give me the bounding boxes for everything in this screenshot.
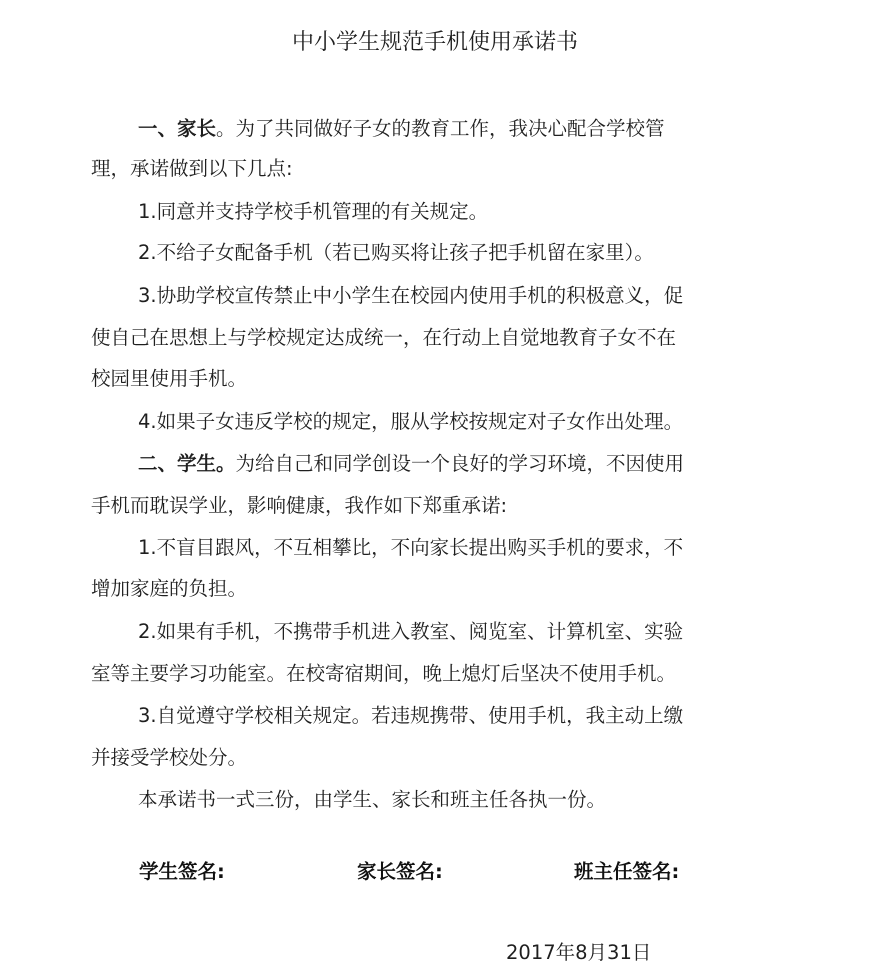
student-section-heading: 二、学生。 <box>138 452 236 475</box>
closing-statement: 本承诺书一式三份，由学生、家长和班主任各执一份。 <box>138 786 870 814</box>
parent-intro-text: 。为了共同做好子女的教育工作，我决心配合学校管 <box>216 117 665 140</box>
parent-item-1: 1.同意并支持学校手机管理的有关规定。 <box>138 198 870 226</box>
document-date: 2017年8月31日 <box>506 939 651 967</box>
student-signature-label: 学生签名: <box>139 858 225 886</box>
parent-item-3-line3: 校园里使用手机。 <box>91 365 831 393</box>
parent-intro-continued: 理，承诺做到以下几点: <box>91 155 831 183</box>
student-item-2: 2.如果有手机，不携带手机进入教室、阅览室、计算机室、实验 <box>138 618 870 646</box>
parent-item-3: 3.协助学校宣传禁止中小学生在校园内使用手机的积极意义，促 <box>138 282 870 310</box>
student-item-1: 1.不盲目跟风，不互相攀比，不向家长提出购买手机的要求，不 <box>138 534 870 562</box>
student-item-2-line2: 室等主要学习功能室。在校寄宿期间，晚上熄灯后坚决不使用手机。 <box>91 660 831 688</box>
student-item-3-line2: 并接受学校处分。 <box>91 744 831 772</box>
teacher-signature-label: 班主任签名: <box>574 858 679 886</box>
parent-item-4: 4.如果子女违反学校的规定，服从学校按规定对子女作出处理。 <box>138 408 870 436</box>
parent-section-heading: 一、家长 <box>138 117 216 140</box>
student-intro-text: 为给自己和同学创设一个良好的学习环境，不因使用 <box>236 452 685 475</box>
parent-section-intro: 一、家长。为了共同做好子女的教育工作，我决心配合学校管 <box>138 115 870 143</box>
parent-item-3-line2: 使自己在思想上与学校规定达成统一，在行动上自觉地教育子女不在 <box>91 324 831 352</box>
student-section-intro: 二、学生。为给自己和同学创设一个良好的学习环境，不因使用 <box>138 450 870 478</box>
document-title: 中小学生规范手机使用承诺书 <box>0 28 870 58</box>
parent-item-2: 2.不给子女配备手机（若已购买将让孩子把手机留在家里）。 <box>138 239 870 267</box>
student-item-1-line2: 增加家庭的负担。 <box>91 575 831 603</box>
student-item-3: 3.自觉遵守学校相关规定。若违规携带、使用手机，我主动上缴 <box>138 702 870 730</box>
student-intro-continued: 手机而耽误学业，影响健康，我作如下郑重承诺: <box>91 492 831 520</box>
parent-signature-label: 家长签名: <box>357 858 443 886</box>
